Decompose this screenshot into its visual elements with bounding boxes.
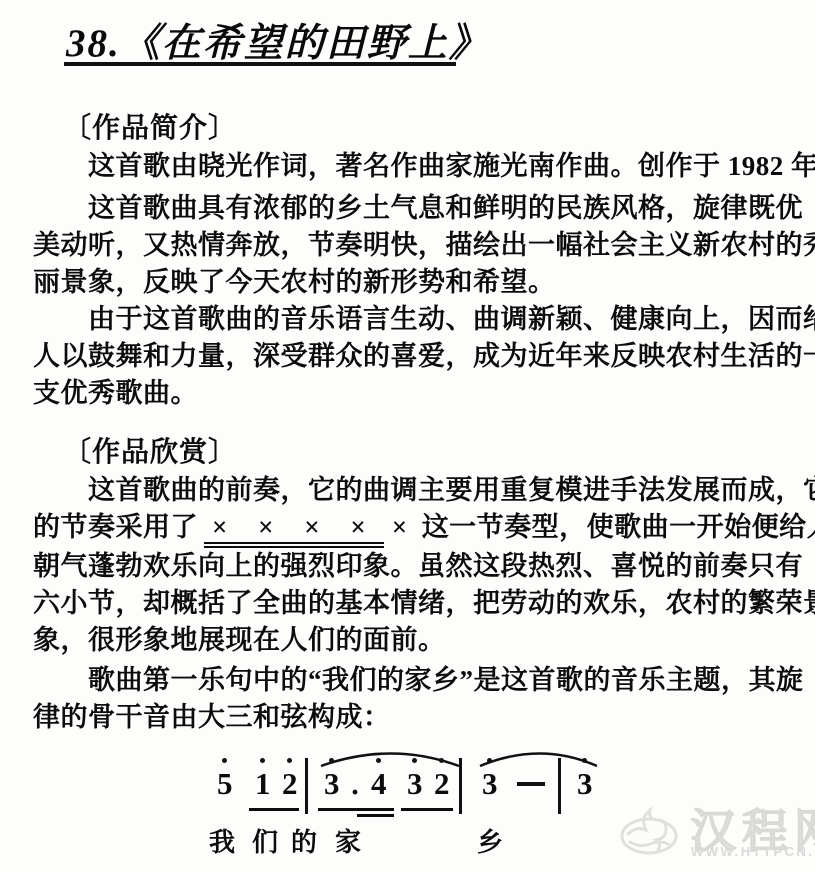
note-3: 3: [577, 768, 593, 800]
paragraph-line: 这首歌曲具有浓郁的乡土气息和鲜明的民族风格，旋律既优: [33, 190, 789, 227]
octave-dot: [260, 758, 265, 763]
lyric-syllable: 乡: [477, 822, 503, 859]
octave-dot: [329, 758, 334, 763]
note-3: 3: [407, 768, 423, 800]
beam-line: [318, 808, 394, 811]
octave-dot: [222, 758, 227, 763]
paragraph-line: 歌曲第一乐句中的“我们的家乡”是这首歌的音乐主题，其旋: [33, 662, 789, 699]
watermark-dragon-logo-icon: [616, 796, 682, 860]
note-3: 3: [324, 768, 340, 800]
bar-line: [558, 758, 561, 814]
note-5: 5: [217, 768, 233, 800]
note-2: 2: [282, 768, 298, 800]
bar-line: [305, 758, 308, 814]
note-4: 4: [371, 768, 387, 800]
paragraph-line: 六小节，却概括了全曲的基本情绪，把劳动的欢乐，农村的繁荣景: [33, 585, 789, 622]
paragraph-line: 由于这首歌曲的音乐语言生动、曲调新颖、健康向上，因而给: [33, 301, 789, 338]
section-header-intro: 〔作品简介〕: [63, 106, 237, 146]
paragraph-line: 丽景象，反映了今天农村的新形势和希望。: [33, 264, 789, 301]
music-notation-example: 5 1 2 3 · 4 3 2 3 3 我 们 的 家 乡: [195, 742, 625, 867]
paragraph-line: 律的骨干音由大三和弦构成：: [33, 699, 789, 736]
paragraph-line-with-rhythm: 的节奏采用了× × × ××这一节奏型，使歌曲一开始便给人以: [33, 509, 789, 548]
paragraph-line: 人以鼓舞和力量，深受群众的喜爱，成为近年来反映农村生活的一: [33, 338, 789, 375]
augmentation-dot: ·: [350, 776, 360, 810]
octave-dot: [487, 758, 492, 763]
beam-line: [249, 808, 299, 811]
scanned-document-page: 38.《在希望的田野上》 〔作品简介〕 这首歌由晓光作词，著名作曲家施光南作曲。…: [0, 0, 815, 873]
note-2: 2: [434, 768, 450, 800]
slur-arc: [480, 754, 597, 767]
beam-line: [401, 808, 453, 811]
octave-dot: [376, 758, 381, 763]
title-underline: [64, 62, 456, 66]
paragraph-line: 美动听，又热情奔放，节奏明快，描绘出一幅社会主义新农村的秀: [33, 227, 789, 264]
octave-dot: [287, 758, 292, 763]
rhythm-pattern-grouped: × × × ×: [204, 512, 384, 548]
rhythm-line-after: 这一节奏型，使歌曲一开始便给人以: [422, 512, 815, 542]
note-3: 3: [482, 768, 498, 800]
intro-paragraph-2: 这首歌曲具有浓郁的乡土气息和鲜明的民族风格，旋律既优 美动听，又热情奔放，节奏明…: [33, 190, 789, 301]
octave-dot: [582, 758, 587, 763]
appreciation-paragraph-1: 这首歌曲的前奏，它的曲调主要用重复模进手法发展而成，它 的节奏采用了× × × …: [33, 472, 789, 659]
bar-line: [459, 758, 462, 814]
rhythm-line-before: 的节奏采用了: [33, 512, 198, 542]
intro-paragraph-3: 由于这首歌曲的音乐语言生动、曲调新颖、健康向上，因而给 人以鼓舞和力量，深受群众…: [33, 301, 789, 412]
rhythm-pattern-single: ×: [392, 512, 408, 542]
appreciation-paragraph-2: 歌曲第一乐句中的“我们的家乡”是这首歌的音乐主题，其旋 律的骨干音由大三和弦构成…: [33, 662, 789, 736]
octave-dot: [439, 758, 444, 763]
beam-line: [357, 814, 394, 817]
lyric-syllable: 我: [209, 822, 235, 859]
paragraph-line: 这首歌曲的前奏，它的曲调主要用重复模进手法发展而成，它: [33, 472, 789, 509]
octave-dot: [412, 758, 417, 763]
note-1: 1: [255, 768, 271, 800]
paragraph-line: 朝气蓬勃欢乐向上的强烈印象。虽然这段热烈、喜悦的前奏只有: [33, 548, 789, 585]
watermark-site-url: WWW.HTTPCN.COM: [691, 844, 815, 859]
lyric-syllable: 们: [252, 822, 278, 859]
section-header-appreciation: 〔作品欣赏〕: [63, 430, 237, 470]
paragraph-line: 支优秀歌曲。: [33, 375, 789, 412]
paragraph-line: 象，很形象地展现在人们的面前。: [33, 622, 789, 659]
lyric-syllable: 家: [335, 822, 361, 859]
page-title: 38.《在希望的田野上》: [66, 12, 490, 68]
lyric-syllable: 的: [291, 822, 317, 859]
intro-paragraph-1: 这首歌由晓光作词，著名作曲家施光南作曲。创作于 1982 年。: [33, 148, 789, 185]
duration-dash: [517, 782, 545, 786]
paragraph-line: 这首歌由晓光作词，著名作曲家施光南作曲。创作于 1982 年。: [33, 148, 789, 185]
